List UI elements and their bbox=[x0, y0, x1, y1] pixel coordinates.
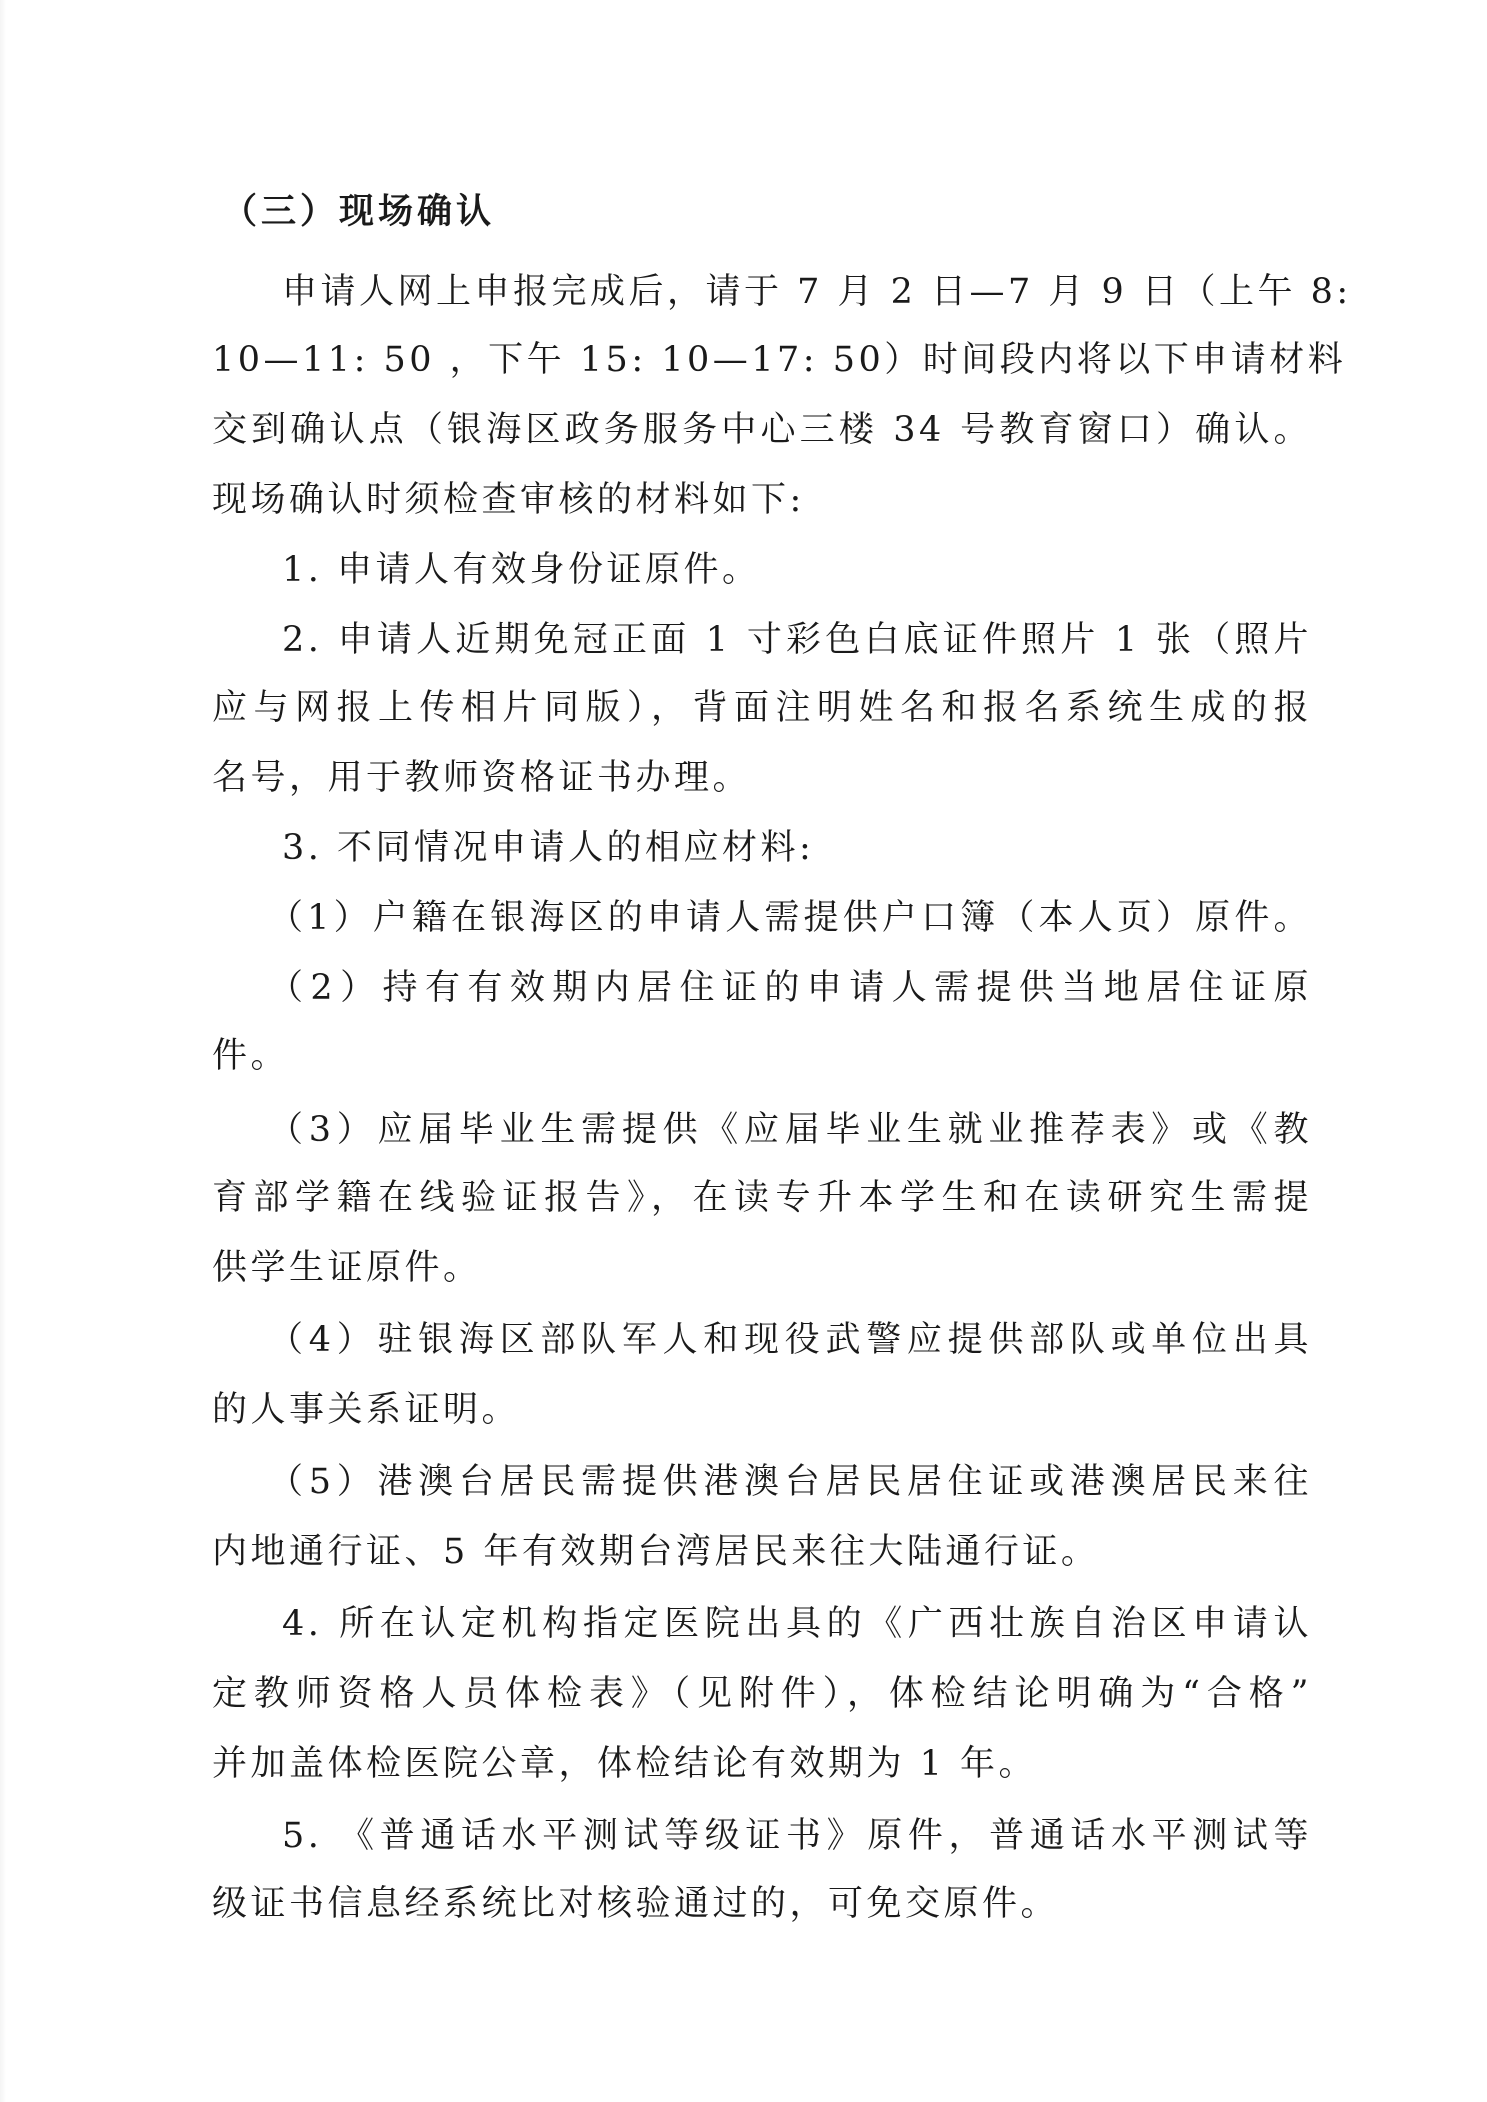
item-2-line-2: 应与网报上传相片同版），背面注明姓名和报名系统生成的报 bbox=[212, 678, 1312, 738]
item-4-line-2: 定教师资格人员体检表》（见附件），体检结论明确为“合格” bbox=[212, 1664, 1312, 1724]
scan-edge bbox=[0, 0, 6, 2102]
intro-line-1: 申请人网上申报完成后，请于 7 月 2 日—7 月 9 日（上午 8: bbox=[282, 262, 1312, 322]
section-heading: （三）现场确认 bbox=[222, 182, 1322, 242]
intro-line-4: 现场确认时须检查审核的材料如下: bbox=[212, 470, 1312, 530]
subitem-4-line-1: （4）驻银海区部队军人和现役武警应提供部队或单位出具 bbox=[268, 1310, 1312, 1370]
subitem-5-line-1: （5）港澳台居民需提供港澳台居民居住证或港澳居民来往 bbox=[268, 1452, 1312, 1512]
subitem-2-line-2: 件。 bbox=[212, 1026, 1312, 1086]
subitem-3-line-3: 供学生证原件。 bbox=[212, 1238, 1312, 1298]
item-5-line-1: 5. 《普通话水平测试等级证书》原件，普通话水平测试等 bbox=[282, 1806, 1312, 1866]
item-3-line-1: 3. 不同情况申请人的相应材料: bbox=[282, 818, 1312, 878]
item-2-line-1: 2. 申请人近期免冠正面 1 寸彩色白底证件照片 1 张（照片 bbox=[282, 610, 1312, 670]
document-page: （三）现场确认 申请人网上申报完成后，请于 7 月 2 日—7 月 9 日（上午… bbox=[0, 0, 1487, 2102]
subitem-5-line-2: 内地通行证、5 年有效期台湾居民来往大陆通行证。 bbox=[212, 1522, 1312, 1582]
intro-line-2: 10—11: 50 ，下午 15: 10—17: 50）时间段内将以下申请材料 bbox=[212, 330, 1312, 390]
item-1-line-1: 1. 申请人有效身份证原件。 bbox=[282, 540, 1312, 600]
subitem-3-line-1: （3）应届毕业生需提供《应届毕业生就业推荐表》或《教 bbox=[268, 1100, 1312, 1160]
subitem-3-line-2: 育部学籍在线验证报告》，在读专升本学生和在读研究生需提 bbox=[212, 1168, 1312, 1228]
item-4-line-1: 4. 所在认定机构指定医院出具的《广西壮族自治区申请认 bbox=[282, 1594, 1312, 1654]
subitem-1-line-1: （1）户籍在银海区的申请人需提供户口簿（本人页）原件。 bbox=[268, 888, 1312, 948]
subitem-4-line-2: 的人事关系证明。 bbox=[212, 1380, 1312, 1440]
intro-line-3: 交到确认点（银海区政务服务中心三楼 34 号教育窗口）确认。 bbox=[212, 400, 1312, 460]
subitem-2-line-1: （2）持有有效期内居住证的申请人需提供当地居住证原 bbox=[268, 958, 1312, 1018]
item-4-line-3: 并加盖体检医院公章，体检结论有效期为 1 年。 bbox=[212, 1734, 1312, 1794]
item-5-line-2: 级证书信息经系统比对核验通过的，可免交原件。 bbox=[212, 1874, 1312, 1934]
item-2-line-3: 名号，用于教师资格证书办理。 bbox=[212, 748, 1312, 808]
